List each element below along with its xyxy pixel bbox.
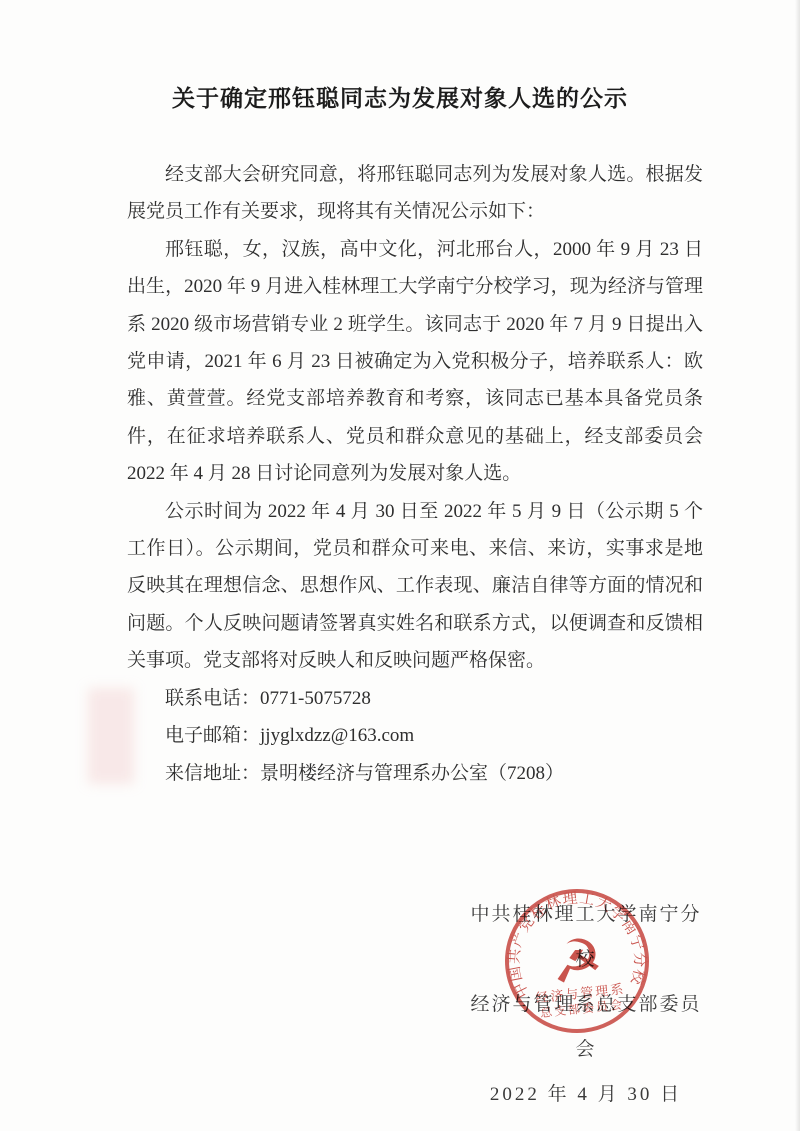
scan-page-edge bbox=[795, 0, 800, 1131]
contact-phone-value: 0771-5075728 bbox=[260, 688, 371, 709]
contact-email-label: 电子邮箱： bbox=[165, 725, 260, 746]
official-seal-stamp: 中国共产党桂林理工大学南宁分校 ☭ 经济与管理系 总支部委员会 bbox=[493, 877, 660, 1044]
contact-email-line: 电子邮箱：jjyglxdzz@163.com bbox=[127, 717, 703, 754]
contact-phone-line: 联系电话：0771-5075728 bbox=[127, 680, 703, 717]
contact-phone-label: 联系电话： bbox=[165, 688, 260, 709]
contact-address-label: 来信地址： bbox=[165, 763, 260, 784]
scanned-notice-page: 关于确定邢钰聪同志为发展对象人选的公示 经支部大会研究同意，将邢钰聪同志列为发展… bbox=[0, 0, 800, 1131]
page-title: 关于确定邢钰聪同志为发展对象人选的公示 bbox=[0, 80, 800, 113]
paragraph-candidate-info: 邢钰聪，女，汉族，高中文化，河北邢台人，2000 年 9 月 23 日出生，20… bbox=[127, 231, 703, 493]
paragraph-publicity-period: 公示时间为 2022 年 4 月 30 日至 2022 年 5 月 9 日（公示… bbox=[127, 493, 703, 680]
contact-email-value: jjyglxdzz@163.com bbox=[260, 725, 414, 746]
signature-date: 2022 年 4 月 30 日 bbox=[465, 1072, 707, 1117]
paragraph-intro: 经支部大会研究同意，将邢钰聪同志列为发展对象人选。根据发展党员工作有关要求，现将… bbox=[127, 156, 703, 231]
document-body: 经支部大会研究同意，将邢钰聪同志列为发展对象人选。根据发展党员工作有关要求，现将… bbox=[127, 156, 703, 792]
contact-address-value: 景明楼经济与管理系办公室（7208） bbox=[260, 763, 564, 784]
contact-address-line: 来信地址：景明楼经济与管理系办公室（7208） bbox=[127, 755, 703, 792]
